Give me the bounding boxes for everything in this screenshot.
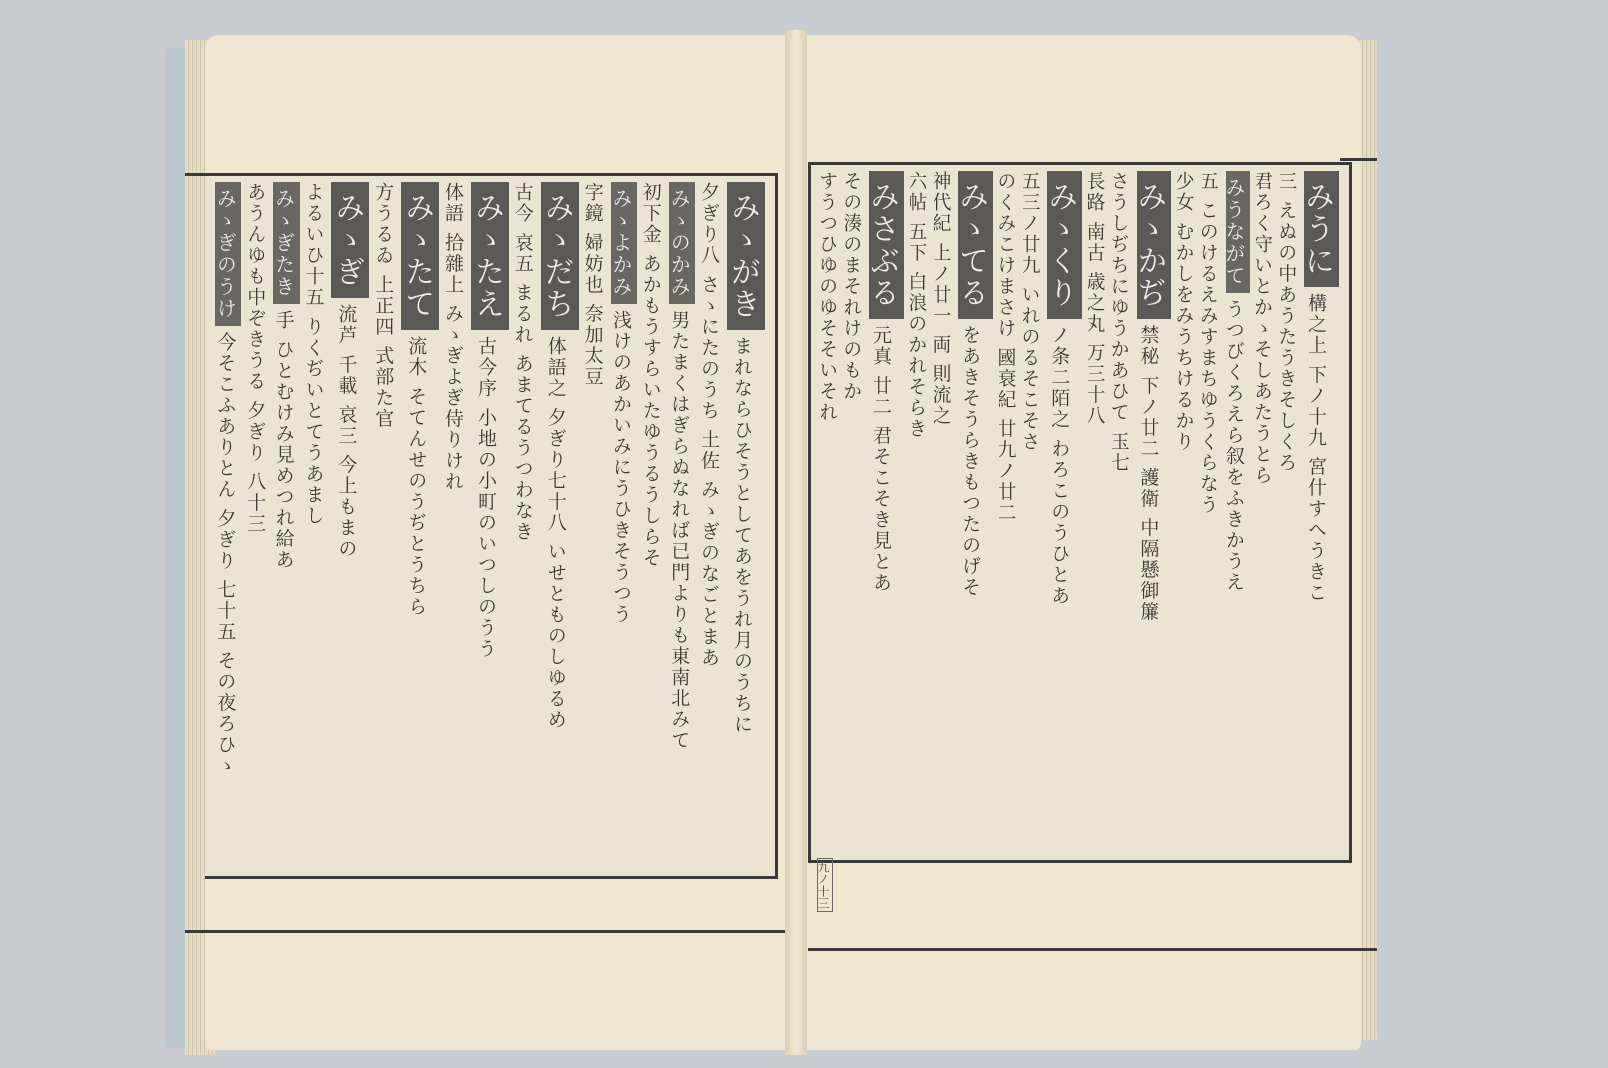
- column-text: のくみこけまさけ 國衰紀 廿九ノ廿二: [999, 171, 1016, 523]
- book-gutter: [785, 30, 807, 1055]
- headword-label: みゝぎたき: [273, 182, 299, 304]
- column-text: 体語 拾雜上 みゝぎよぎ侍りけれ: [445, 182, 464, 492]
- text-column: みうに構之上 下ノ十九 宮什すへうきこ: [1304, 171, 1339, 854]
- column-text: うつびくろえら叙をふきかうえ: [1226, 299, 1245, 593]
- text-column: 神代紀 上ノ廿一 両 則流之: [934, 171, 952, 854]
- right-columns: みうに構之上 下ノ十九 宮什すへうきこ三 えぬの中あうたうきそしくろ君ろく守いと…: [821, 171, 1339, 854]
- text-column: 体語 拾雜上 みゝぎよぎ侍りけれ: [445, 182, 465, 870]
- column-text: 流芦 千載 哀三 今上もまの: [335, 304, 357, 559]
- right-text-frame: みうに構之上 下ノ十九 宮什すへうきこ三 えぬの中あうたうきそしくろ君ろく守いと…: [808, 162, 1352, 863]
- text-column: 夕ぎり八 さゝにたのうち 土佐 みゝぎのなごとまあ: [701, 182, 721, 870]
- column-text: あうんゆも中ぞきうる 夕ぎり 八十三: [247, 182, 266, 534]
- column-text: をあきそうらきもつたのげそ: [959, 325, 981, 598]
- column-text: 禁秘 下ノ廿二 護衛 中隔懸御簾: [1137, 325, 1159, 622]
- text-column: みゝだち体語之 夕ぎり七十八 いせとものしゆるめ: [541, 182, 579, 870]
- text-column: みゝぎのうけ今そこふありとん 夕ぎり 七十五 その夜ろひゝ: [215, 182, 241, 870]
- headword-label: みうながて: [1226, 171, 1250, 293]
- column-text: 五三ノ廿九 いれのるそこそさ: [1023, 171, 1040, 452]
- column-text: すうつひゆのゆそそいそれ: [821, 171, 838, 423]
- text-column: その湊のまそれけのもか: [845, 171, 863, 854]
- column-text: ノ条二陌之 わろこのうひとあ: [1048, 325, 1070, 606]
- headword-label: みゝぎのうけ: [215, 182, 241, 326]
- headword-label: みゝのかみ: [669, 182, 695, 304]
- headword-label: みゝがき: [727, 182, 765, 330]
- text-column: 方うるゐ 上正四 式部た官: [375, 182, 395, 870]
- text-column: 字鏡 婦妨也 奈加太豆: [585, 182, 605, 870]
- column-text: 男たまくはぎらぬなれば已門よりも東南北みて: [669, 310, 690, 751]
- column-text: 長路 南古 歳之丸 万三十八: [1088, 171, 1105, 426]
- text-column: あうんゆも中ぞきうる 夕ぎり 八十三: [247, 182, 267, 870]
- headword-label: みうに: [1304, 171, 1339, 287]
- left-columns: みゝがきまれならひそうとしてあをうれ月のうちに夕ぎり八 さゝにたのうち 土佐 み…: [215, 182, 765, 870]
- text-column: みゝたて流木 そてんせのうぢとうちら: [401, 182, 439, 870]
- column-text: 流木 そてんせのうぢとうちら: [405, 336, 427, 617]
- text-column: みゝくりノ条二陌之 わろこのうひとあ: [1047, 171, 1082, 854]
- text-column: みゝぎ流芦 千載 哀三 今上もまの: [331, 182, 369, 870]
- headword-label: みゝくり: [1047, 171, 1082, 319]
- column-text: 浅けのあかいみにうひきそうつう: [611, 310, 632, 625]
- column-text: その湊のまそれけのもか: [845, 171, 862, 402]
- text-column: 少女 むかしをみうちけるかり: [1177, 171, 1195, 854]
- text-column: みさぶる元真 廿二 君そこそき見とあ: [869, 171, 904, 854]
- column-text: 方うるゐ 上正四 式部た官: [375, 182, 394, 429]
- column-text: よるいひ十五 りくぢいとてうあまし: [306, 182, 325, 526]
- text-column: 三 えぬの中あうたうきそしくろ: [1280, 171, 1298, 854]
- text-column: みゝぎたき手 ひとむけみ見めつれ給あ: [273, 182, 299, 870]
- text-column: みゝかぢ禁秘 下ノ廿二 護衛 中隔懸御簾: [1137, 171, 1172, 854]
- column-text: 六帖 五下 白浪のかれそらき: [910, 171, 927, 439]
- text-column: 五 このけるえみすまちゆうくらなう: [1202, 171, 1220, 854]
- text-column: 君ろく守いとかゝそしあたうとら: [1256, 171, 1274, 854]
- column-text: 体語之 夕ぎり七十八 いせとものしゆるめ: [545, 336, 567, 730]
- text-column: 六帖 五下 白浪のかれそらき: [910, 171, 928, 854]
- text-column: よるいひ十五 りくぢいとてうあまし: [306, 182, 326, 870]
- headword-label: みゝよかみ: [611, 182, 637, 304]
- binding-thread: [185, 930, 785, 933]
- text-column: みゝたえ古今序 小地の小町のいつしのうう: [471, 182, 509, 870]
- column-text: 三 えぬの中あうたうきそしくろ: [1280, 171, 1297, 473]
- column-text: 元真 廿二 君そこそき見とあ: [870, 325, 892, 593]
- column-text: 古今 哀五 まるれ あまてるうつわなき: [515, 182, 534, 542]
- text-column: みゝよかみ浅けのあかいみにうひきそうつう: [611, 182, 637, 870]
- column-text: 五 このけるえみすまちゆうくらなう: [1202, 171, 1219, 515]
- column-text: まれならひそうとしてあをうれ月のうちに: [731, 336, 753, 735]
- column-text: 構之上 下ノ十九 宮什すへうきこ: [1305, 293, 1327, 603]
- left-text-frame: みゝがきまれならひそうとしてあをうれ月のうちに夕ぎり八 さゝにたのうち 土佐 み…: [205, 173, 778, 879]
- text-column: さうしぢちにゆうかあひて 玉七: [1112, 171, 1130, 854]
- headword-label: みゝぎ: [331, 182, 369, 298]
- text-column: みゝてるをあきそうらきもつたのげそ: [958, 171, 993, 854]
- text-column: のくみこけまさけ 國衰紀 廿九ノ廿二: [999, 171, 1017, 854]
- text-column: 初下金 あかもうすらいたゆうるうしらそ: [643, 182, 663, 870]
- binding-thread: [808, 948, 1377, 951]
- headword-label: みゝたて: [401, 182, 439, 330]
- column-text: 今そこふありとん 夕ぎり 七十五 その夜ろひゝ: [215, 332, 236, 776]
- column-text: 君ろく守いとかゝそしあたうとら: [1256, 171, 1273, 486]
- headword-label: みゝてる: [958, 171, 993, 319]
- column-text: 古今序 小地の小町のいつしのうう: [475, 336, 497, 659]
- text-column: 五三ノ廿九 いれのるそこそさ: [1023, 171, 1041, 854]
- column-text: 手 ひとむけみ見めつれ給あ: [273, 310, 294, 570]
- headword-label: みゝたえ: [471, 182, 509, 330]
- page-marker: 九ノ十三: [817, 858, 833, 912]
- text-column: すうつひゆのゆそそいそれ: [821, 171, 839, 854]
- text-column: 長路 南古 歳之丸 万三十八: [1088, 171, 1106, 854]
- column-text: 夕ぎり八 さゝにたのうち 土佐 みゝぎのなごとまあ: [701, 182, 720, 668]
- text-column: みうながてうつびくろえら叙をふきかうえ: [1226, 171, 1250, 854]
- text-column: 古今 哀五 まるれ あまてるうつわなき: [515, 182, 535, 870]
- text-column: みゝがきまれならひそうとしてあをうれ月のうちに: [727, 182, 765, 870]
- column-text: 初下金 あかもうすらいたゆうるうしらそ: [643, 182, 662, 568]
- text-column: みゝのかみ男たまくはぎらぬなれば已門よりも東南北みて: [669, 182, 695, 870]
- column-text: 神代紀 上ノ廿一 両 則流之: [934, 171, 951, 426]
- binding-thread: [1340, 158, 1377, 161]
- headword-label: みゝかぢ: [1137, 171, 1172, 319]
- column-text: 字鏡 婦妨也 奈加太豆: [585, 182, 604, 387]
- column-text: さうしぢちにゆうかあひて 玉七: [1112, 171, 1129, 473]
- headword-label: みゝだち: [541, 182, 579, 330]
- column-text: 少女 むかしをみうちけるかり: [1177, 171, 1194, 452]
- headword-label: みさぶる: [869, 171, 904, 319]
